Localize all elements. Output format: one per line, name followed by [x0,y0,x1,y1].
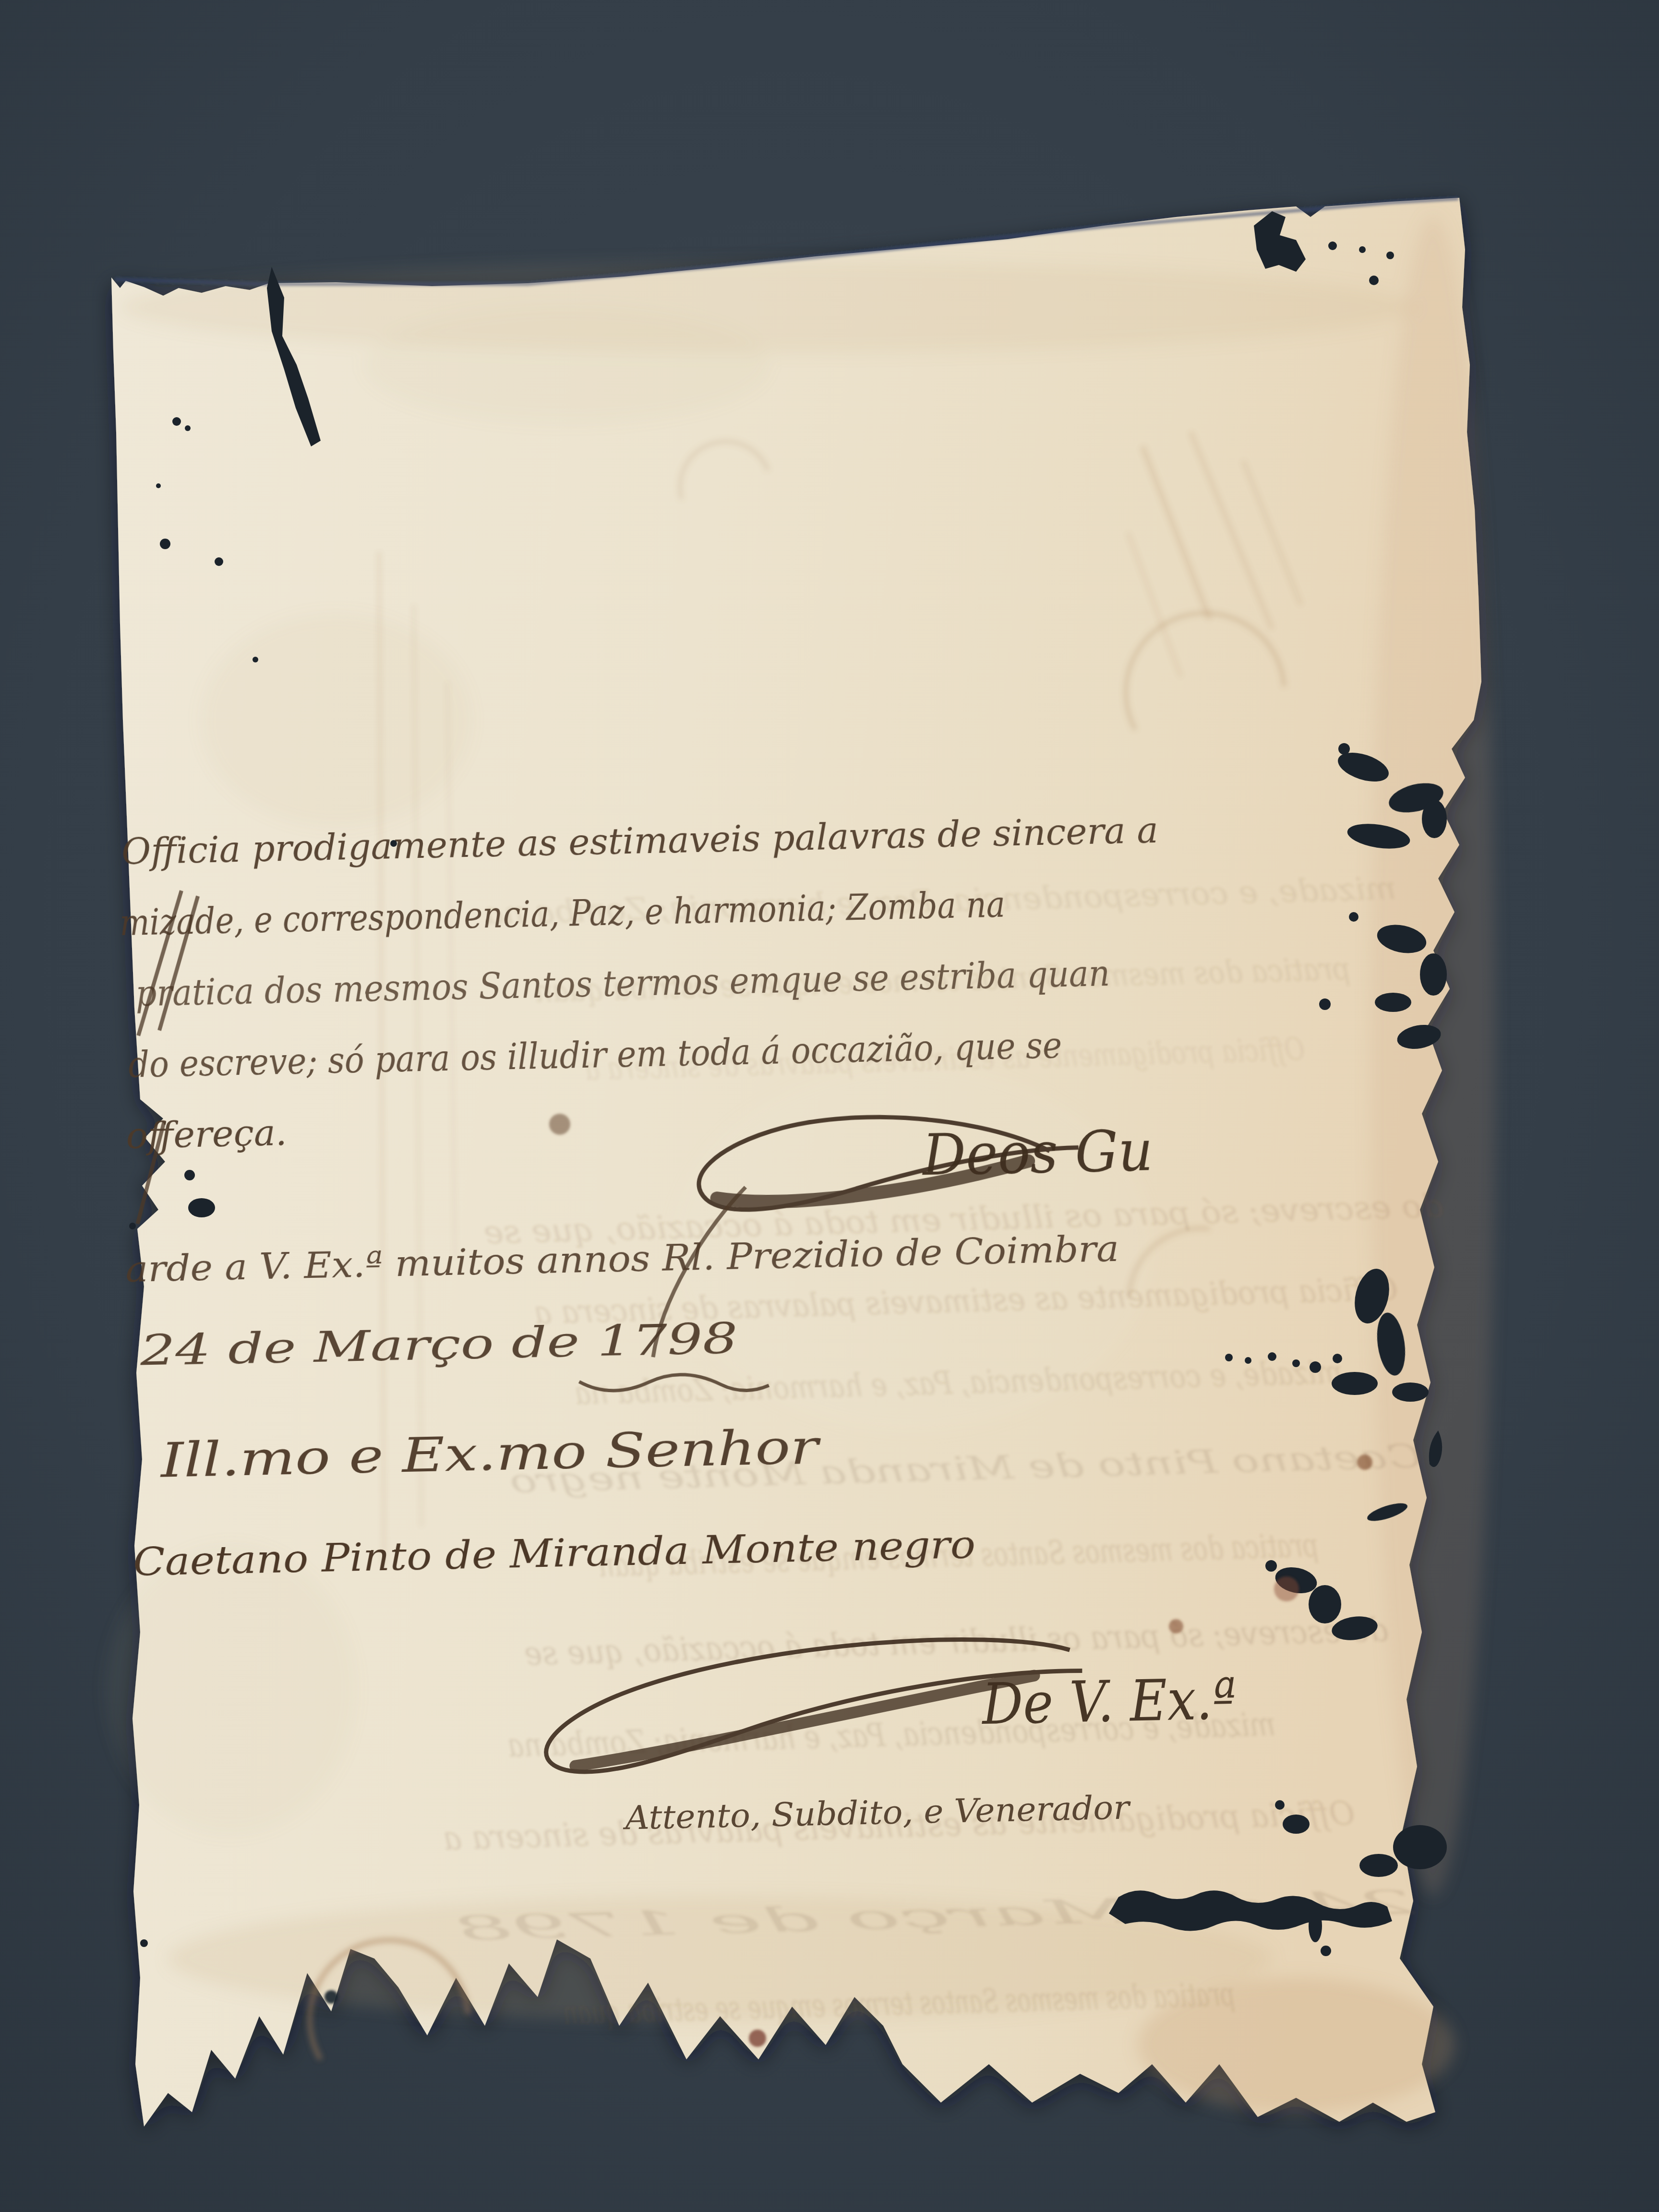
manuscript-photo: mizade, e correspondencia, Paz, e harmon… [0,0,1659,2212]
photo-backdrop: mizade, e correspondencia, Paz, e harmon… [0,0,1659,2212]
